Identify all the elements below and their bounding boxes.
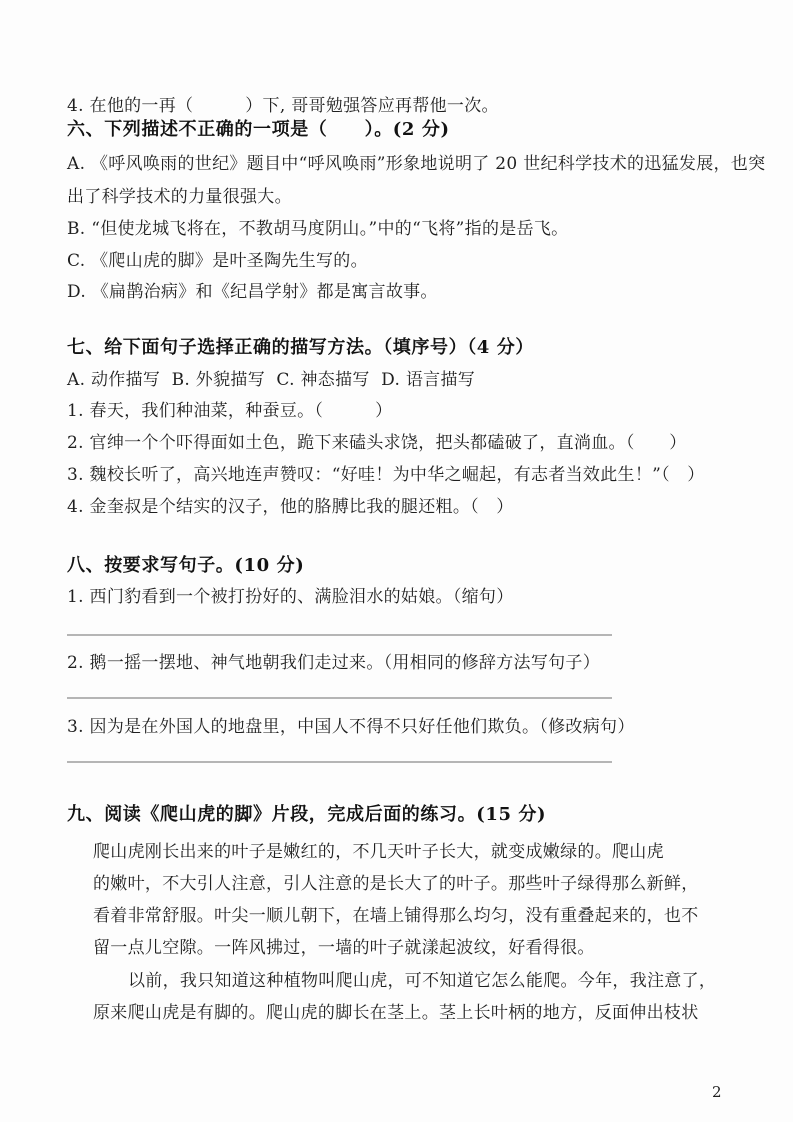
- exam-page: 4. 在他的一再（ ）下, 哥哥勉强答应再帮他一次。 六、下列描述不正确的一项是…: [0, 0, 793, 1122]
- q8-heading: 八、按要求写句子。(10 分): [67, 555, 304, 577]
- q8-item-1: 1. 西门豹看到一个被打扮好的、满脸泪水的姑娘。（缩句）: [67, 586, 514, 608]
- q9-passage-p1-line4: 留一点儿空隙。一阵风拂过，一墙的叶子就漾起波纹，好看得很。: [93, 937, 595, 959]
- q8-item-3: 3. 因为是在外国人的地盘里，中国人不得不只好任他们欺负。（修改病句）: [67, 716, 635, 738]
- q9-passage-p1-line1: 爬山虎刚长出来的叶子是嫩红的，不几天叶子长大，就变成嫩绿的。爬山虎: [93, 841, 664, 863]
- q7-item-3: 3. 魏校长听了，高兴地连声赞叹：“好哇！为中华之崛起，有志者当效此生！”（ ）: [67, 464, 705, 486]
- q6-option-c: C. 《爬山虎的脚》是叶圣陶先生写的。: [67, 250, 368, 272]
- q8-answer-line-1: [67, 634, 612, 636]
- q7-item-2: 2. 官绅一个个吓得面如土色，跪下来磕头求饶，把头都磕破了，直淌血。（ ）: [67, 432, 687, 454]
- q8-answer-line-2: [67, 697, 612, 699]
- page-number: 2: [712, 1081, 722, 1103]
- q6-option-a-line1: A. 《呼风唤雨的世纪》题目中“呼风唤雨”形象地说明了 20 世纪科学技术的迅猛…: [67, 153, 765, 175]
- q7-item-4: 4. 金奎叔是个结实的汉子，他的胳膊比我的腿还粗。（ ）: [67, 496, 514, 518]
- q8-item-2: 2. 鹅一摇一摆地、神气地朝我们走过来。（用相同的修辞方法写句子）: [67, 652, 600, 674]
- q5-item-4: 4. 在他的一再（ ）下, 哥哥勉强答应再帮他一次。: [67, 95, 499, 117]
- q6-option-a-line2: 出了科学技术的力量很强大。: [67, 186, 292, 208]
- q9-passage-p2-line2: 原来爬山虎是有脚的。爬山虎的脚长在茎上。茎上长叶柄的地方，反面伸出枝状: [93, 1002, 699, 1024]
- q9-heading: 九、阅读《爬山虎的脚》片段，完成后面的练习。(15 分): [67, 804, 546, 826]
- q7-heading: 七、给下面句子选择正确的描写方法。（填序号）（4 分）: [67, 337, 534, 359]
- q9-passage-p1-line3: 看着非常舒服。叶尖一顺儿朝下，在墙上铺得那么均匀，没有重叠起来的，也不: [93, 905, 699, 927]
- q6-option-b: B. “但使龙城飞将在，不教胡马度阴山。”中的“飞将”指的是岳飞。: [67, 218, 568, 240]
- q6-option-d: D. 《扁鹊治病》和《纪昌学射》都是寓言故事。: [67, 281, 438, 303]
- q8-answer-line-3: [67, 761, 612, 763]
- q9-passage-p1-line2: 的嫩叶，不大引人注意，引人注意的是长大了的叶子。那些叶子绿得那么新鲜，: [93, 873, 699, 895]
- q7-item-1: 1. 春天，我们种油菜，种蚕豆。（ ）: [67, 400, 392, 422]
- q6-heading: 六、下列描述不正确的一项是（ ）。(2 分): [67, 119, 450, 141]
- q7-legend: A. 动作描写 B. 外貌描写 C. 神态描写 D. 语言描写: [67, 369, 475, 391]
- q9-passage-p2-line1: 以前，我只知道这种植物叫爬山虎，可不知道它怎么能爬。今年，我注意了，: [128, 970, 716, 992]
